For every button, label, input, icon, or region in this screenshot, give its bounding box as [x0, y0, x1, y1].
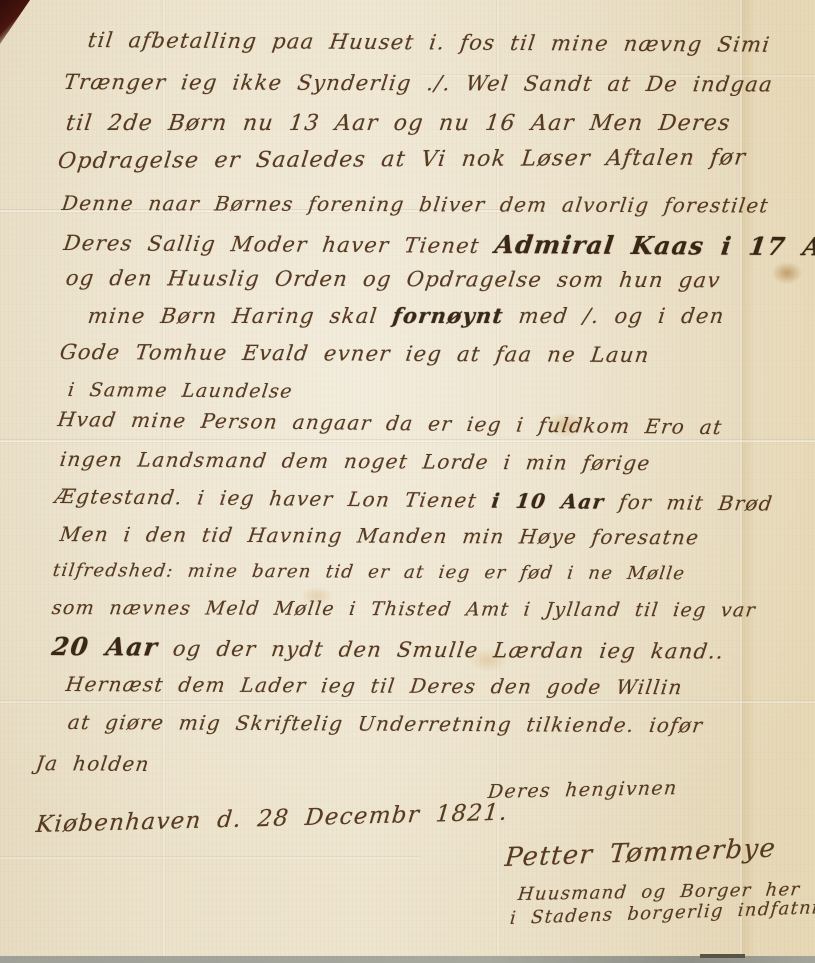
letter-line-18: Hernæst dem Lader ieg til Deres den gode… — [64, 672, 684, 699]
letter-text-segment: Admiral Kaas i 17 Aar — [493, 230, 815, 261]
scanner-bed-mark — [700, 954, 745, 958]
signature-name: Petter Tømmerbye — [504, 833, 778, 873]
letter-scan: til afbetalling paa Huuset i. fos til mi… — [0, 0, 815, 963]
date-line: Kiøbenhaven d. 28 Decembr 1821. — [35, 800, 510, 838]
letter-text-segment: Deres Sallig Moder haver Tienet — [62, 231, 496, 258]
letter-text-segment: med /. og i den — [502, 304, 726, 328]
letter-line-20: Ja holden — [34, 751, 151, 776]
letter-text-segment: i Samme Laundelse — [67, 379, 295, 403]
letter-text-segment: 20 Aar — [50, 632, 160, 662]
letter-text-segment: Men i den tid Havning Manden min Høye fo… — [58, 522, 700, 549]
letter-text-segment: Gode Tomhue Evald evner ieg at faa ne La… — [58, 340, 651, 367]
letter-text-segment: Denne naar Børnes forening bliver dem al… — [60, 191, 770, 217]
letter-line-1: til afbetalling paa Huuset i. fos til mi… — [86, 28, 772, 57]
letter-text-segment: tilfredshed: mine baren tid er at ieg er… — [52, 560, 687, 584]
letter-text-segment: Opdragelse er Saaledes at Vi nok Løser A… — [57, 145, 748, 174]
letter-line-15: tilfredshed: mine baren tid er at ieg er… — [52, 560, 687, 584]
letter-body: til afbetalling paa Huuset i. fos til mi… — [0, 0, 815, 963]
letter-line-4: Opdragelse er Saaledes at Vi nok Løser A… — [57, 145, 748, 174]
letter-line-10: i Samme Laundelse — [67, 379, 295, 403]
letter-text-segment: Deres hengivnen — [487, 777, 679, 803]
letter-text-segment: fornøynt — [391, 303, 505, 328]
letter-line-14: Men i den tid Havning Manden min Høye fo… — [58, 522, 700, 549]
letter-text-segment: som nævnes Meld Mølle i Thisted Amt i Jy… — [51, 597, 758, 621]
letter-text-segment: Ægtestand. i ieg haver Lon Tienet — [53, 484, 493, 513]
letter-text-segment: i 10 Aar — [490, 489, 606, 514]
letter-text-segment: Petter Tømmerbye — [504, 833, 778, 873]
letter-line-6: Deres Sallig Moder haver Tienet Admiral … — [62, 227, 815, 261]
letter-line-5: Denne naar Børnes forening bliver dem al… — [60, 191, 770, 217]
letter-text-segment: og der nydt den Smulle Lærdan ieg kand.. — [156, 637, 725, 664]
letter-text-segment: mine Børn Haring skal — [86, 304, 394, 328]
letter-text-segment: Ja holden — [34, 751, 151, 776]
letter-text-segment: til 2de Børn nu 13 Aar og nu 16 Aar Men … — [64, 111, 732, 136]
letter-text-segment: at giøre mig Skriftelig Underretning til… — [66, 710, 704, 737]
letter-text-segment: og den Huuslig Orden og Opdragelse som h… — [64, 266, 722, 292]
letter-text-segment: Hernæst dem Lader ieg til Deres den gode… — [64, 672, 684, 699]
letter-text-segment: ingen Landsmand dem noget Lorde i min fø… — [58, 447, 652, 475]
letter-line-11: Hvad mine Person angaar da er ieg i fuld… — [56, 407, 724, 439]
letter-text-segment: Hvad mine Person angaar da er ieg i fuld… — [56, 407, 724, 439]
letter-line-13: Ægtestand. i ieg haver Lon Tienet i 10 A… — [53, 484, 774, 515]
closing-valediction: Deres hengivnen — [487, 777, 679, 803]
letter-text-segment: Trænger ieg ikke Synderlig ./. Wel Sandt… — [62, 70, 774, 96]
letter-line-12: ingen Landsmand dem noget Lorde i min fø… — [58, 447, 652, 475]
letter-line-17: 20 Aar og der nydt den Smulle Lærdan ieg… — [50, 632, 726, 665]
letter-text-segment: til afbetalling paa Huuset i. fos til mi… — [86, 28, 772, 57]
letter-text-segment: for mit Brød — [603, 490, 775, 516]
letter-line-8: mine Børn Haring skal fornøynt med /. og… — [86, 303, 726, 328]
scanner-bed-strip — [0, 956, 815, 963]
letter-line-2: Trænger ieg ikke Synderlig ./. Wel Sandt… — [62, 70, 774, 96]
letter-text-segment: Kiøbenhaven d. 28 Decembr 1821. — [35, 800, 510, 838]
letter-line-16: som nævnes Meld Mølle i Thisted Amt i Jy… — [51, 597, 758, 621]
letter-line-3: til 2de Børn nu 13 Aar og nu 16 Aar Men … — [64, 111, 732, 136]
letter-line-9: Gode Tomhue Evald evner ieg at faa ne La… — [58, 340, 651, 367]
letter-line-7: og den Huuslig Orden og Opdragelse som h… — [64, 266, 722, 292]
letter-line-19: at giøre mig Skriftelig Underretning til… — [66, 710, 704, 737]
